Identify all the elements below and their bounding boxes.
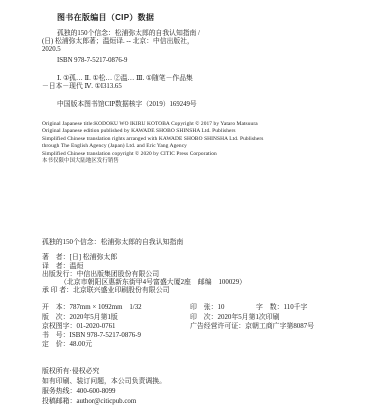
copyright-line: Original Japanese edition published by K… [42, 128, 339, 135]
colophon-row: 京权图字：01-2020-0761 广告经营许可证：京朝工商广字第8087号 [42, 322, 339, 331]
book-number-spec: 书 号：ISBN 978-7-5217-0876-9 [42, 331, 190, 340]
colophon-row: 定 价：48.00元 [42, 340, 339, 349]
submission-email-line: 投稿邮箱：author@citicpub.com [42, 397, 339, 407]
cip-record-line: (日) 松浦弥太郎著；温烜译. -- 北京：中信出版社， [42, 38, 339, 46]
colophon-row: 版 次：2020年5月第1版 印 次：2020年5月第1次印刷 [42, 313, 339, 322]
colophon-row: 开 本：787mm × 1092mm 1/32 印 张：10 字 数：110千字 [42, 303, 339, 312]
word-count-spec: 字 数：110千字 [256, 303, 307, 312]
cip-isbn: ISBN 978-7-5217-0876-9 [42, 57, 339, 65]
cip-record-line: 2020.5 [42, 46, 339, 54]
sheets-spec: 印 张：10 [190, 303, 256, 312]
publication-info: 著 者：[日] 松浦弥太郎 译 者：温烜 出版发行：中信出版集团股份有限公司 （… [42, 254, 339, 295]
sales-restriction-line: 本书仅限中国大陆地区发行销售 [42, 158, 339, 165]
page-content: 图书在版编目（CIP）数据 孤独的150个信念：松浦弥太郎的自我认知指南 / (… [42, 12, 339, 407]
author-line: 著 者：[日] 松浦弥太郎 [42, 254, 339, 262]
classification-line: Ⅰ. ①孤… Ⅱ. ①松… ②温… Ⅲ. ①随笔－作品集 [42, 75, 339, 83]
exchange-notice-line: 如有印刷、装订问题，本公司负责调换。 [42, 377, 339, 387]
copyright-line: Simplified Chinese translation copyright… [42, 151, 339, 158]
copyright-line: Original Japanese title:KODOKU WO IKIRU … [42, 121, 339, 128]
footer-notice: 版权所有·侵权必究 如有印刷、装订问题，本公司负责调换。 服务热线：400-60… [42, 367, 339, 407]
classification-line: －日本－现代 Ⅳ. ①I313.65 [42, 83, 339, 91]
copyright-notice: Original Japanese title:KODOKU WO IKIRU … [42, 121, 339, 165]
edition-spec: 版 次：2020年5月第1版 [42, 313, 190, 322]
price-spec: 定 价：48.00元 [42, 340, 190, 349]
book-title: 孤独的150个信念：松浦弥太郎的自我认知指南 [42, 239, 339, 247]
rights-reserved-line: 版权所有·侵权必究 [42, 367, 339, 377]
publisher-line: 出版发行：中信出版集团股份有限公司 [42, 271, 339, 279]
format-spec: 开 本：787mm × 1092mm 1/32 [42, 303, 190, 312]
translator-line: 译 者：温烜 [42, 263, 339, 271]
cip-record: 孤独的150个信念：松浦弥太郎的自我认知指南 / (日) 松浦弥太郎著；温烜译.… [42, 30, 339, 54]
colophon: 开 本：787mm × 1092mm 1/32 印 张：10 字 数：110千字… [42, 303, 339, 349]
service-hotline-line: 服务热线：400-600-8099 [42, 387, 339, 397]
printer-line: 承 印 者：北京联兴盛业印刷股份有限公司 [42, 287, 339, 295]
cip-number: 中国版本图书馆CIP数据核字（2019）169249号 [42, 101, 339, 109]
copyright-page: 图书在版编目（CIP）数据 孤独的150个信念：松浦弥太郎的自我认知指南 / (… [0, 0, 375, 420]
colophon-row: 书 号：ISBN 978-7-5217-0876-9 [42, 331, 339, 340]
rights-registration-spec: 京权图字：01-2020-0761 [42, 322, 190, 331]
ad-license-spec: 广告经营许可证：京朝工商广字第8087号 [190, 322, 314, 331]
copyright-line: through The English Agency (Japan) Ltd. … [42, 143, 339, 150]
cip-heading: 图书在版编目（CIP）数据 [42, 12, 339, 23]
printing-spec: 印 次：2020年5月第1次印刷 [190, 313, 280, 322]
cip-classification: Ⅰ. ①孤… Ⅱ. ①松… ②温… Ⅲ. ①随笔－作品集 －日本－现代 Ⅳ. ①… [42, 75, 339, 91]
cip-record-line: 孤独的150个信念：松浦弥太郎的自我认知指南 / [42, 30, 339, 38]
